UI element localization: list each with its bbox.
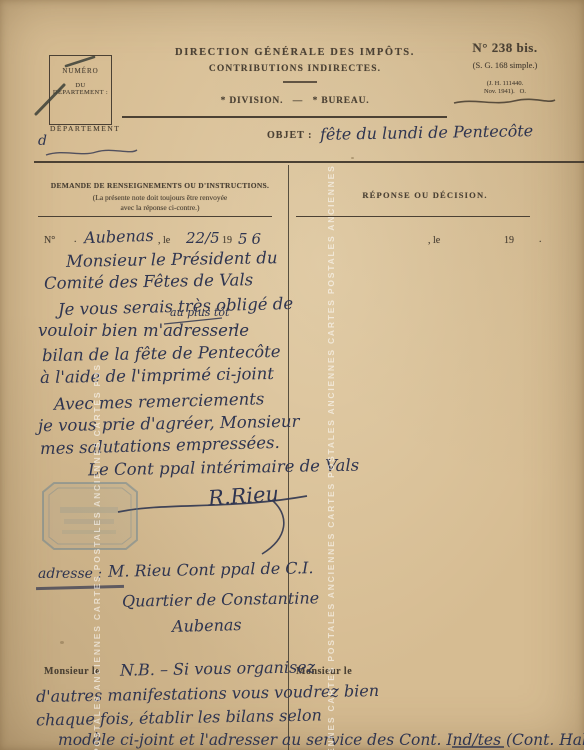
form-number-sub: (S. G. 168 simple.): [438, 60, 572, 70]
year-printed-left: 19: [222, 235, 232, 246]
objet-label: OBJET :: [267, 130, 312, 141]
left-column-note1: (La présente note doit toujours être ren…: [40, 193, 280, 202]
letter-line: le: [234, 321, 249, 340]
letter-line: Monsieur le Président du: [66, 248, 278, 271]
subtitle-underline: [283, 81, 317, 83]
main-rule: [34, 161, 584, 163]
agency-subtitle: CONTRIBUTIONS INDIRECTES.: [158, 64, 432, 74]
day-handwritten: 22/5: [186, 229, 220, 247]
signature-flourish: [112, 478, 352, 563]
letter-line: Le Cont ppal intérimaire de Vals: [88, 456, 359, 480]
dot-right: .: [539, 234, 542, 245]
no-label: N°: [44, 235, 55, 246]
le-label-left: , le: [158, 235, 170, 246]
official-stamp: [40, 480, 140, 552]
watermark-right: ENNES CARTES POSTALES ANCIENNES CARTES P…: [326, 164, 336, 750]
nb-line1: N.B. – Si vous organisez: [120, 657, 315, 679]
letter-line: Avec mes remerciements: [54, 389, 265, 413]
letter-line: Comité des Fêtes de Vals: [44, 270, 253, 293]
address-line2: Quartier de Constantine: [122, 588, 319, 610]
dot-mark: .: [74, 234, 77, 245]
header-rule: [122, 116, 447, 118]
imprint-ref-line1: (J. H. 111440.: [438, 80, 572, 87]
flourish-stroke: [44, 146, 140, 160]
pen-strokes: [30, 52, 125, 127]
caret-stroke: [162, 316, 226, 326]
address-line3: Aubenas: [172, 615, 242, 636]
le-label-right: , le: [428, 235, 440, 246]
nb-line4: modèle ci-joint et l'adresser au service…: [58, 731, 584, 749]
letter-line: bilan de la fête de Pentecôte: [42, 342, 281, 365]
right-column-heading: RÉPONSE OU DÉCISION.: [310, 190, 540, 200]
address-line1: M. Rieu Cont ppal de C.I.: [108, 558, 314, 581]
letter-line: mes salutations empressées.: [40, 433, 280, 458]
scanned-form-page: NUMÉRO DU DÉPARTEMENT : DÉPARTEMENT d DI…: [0, 0, 584, 750]
form-number: N° 238 bis.: [438, 40, 572, 56]
letter-line: je vous prie d'agréer, Monsieur: [38, 412, 300, 436]
division-bureau-line: * DIVISION. — * BUREAU.: [158, 96, 432, 106]
left-subrule: [38, 216, 272, 217]
left-column-note2: avec la réponse ci-contre.): [40, 203, 280, 212]
imprint-ref-line2: Nov. 1941). O.: [438, 88, 572, 95]
nb-underline: [452, 746, 504, 748]
ink-speck: [351, 157, 354, 159]
year-handwritten: 56: [238, 230, 265, 248]
objet-value: fête du lundi de Pentecôte: [320, 121, 533, 144]
ink-speck: [60, 641, 64, 644]
agency-title: DIRECTION GÉNÉRALE DES IMPÔTS.: [158, 47, 432, 58]
address-underline: [36, 585, 124, 590]
left-column-heading: DEMANDE DE RENSEIGNEMENTS OU D'INSTRUCTI…: [40, 181, 280, 190]
watermark-left: POSTALES ANCIENNES CARTES POSTALES ANCIE…: [92, 363, 102, 750]
place-handwritten: Aubenas: [84, 226, 154, 247]
letter-line: à l'aide de l'imprimé ci-joint: [40, 364, 274, 387]
nb-line3: chaque fois, établir les bilans selon: [36, 706, 322, 730]
year-printed-right: 19: [504, 235, 514, 246]
wavy-underline: [452, 97, 558, 107]
